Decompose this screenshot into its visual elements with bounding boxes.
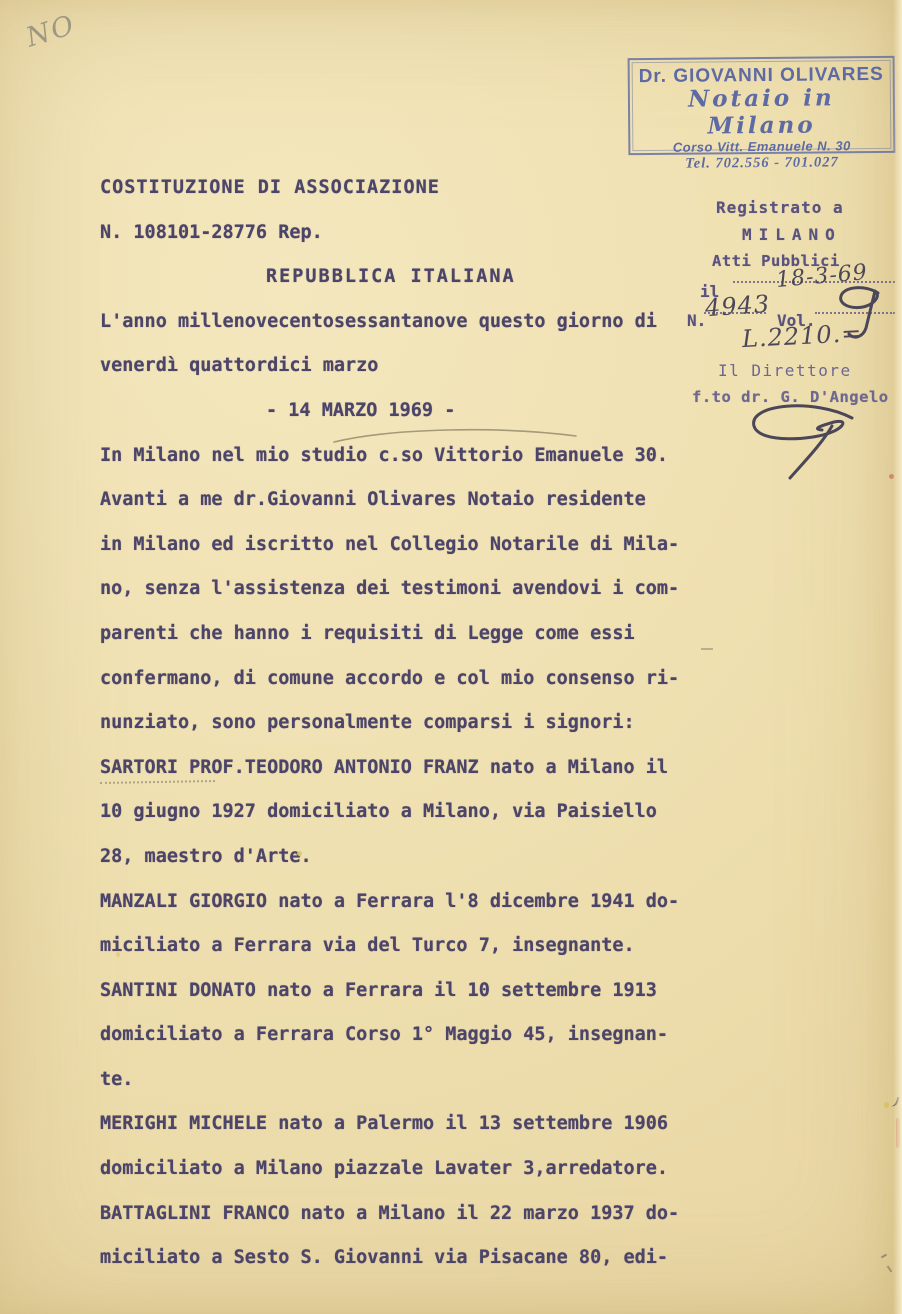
text-line: domiciliato a Milano piazzale Lavater 3,…: [100, 1147, 700, 1192]
text-line: BATTAGLINI FRANCO nato a Milano il 22 ma…: [100, 1192, 700, 1237]
text-line: domiciliato a Ferrara Corso 1° Maggio 45…: [100, 1013, 700, 1058]
text-line: no, senza l'assistenza dei testimoni ave…: [100, 567, 700, 612]
yellow-speck-artifact: [884, 1102, 889, 1108]
handwritten-registration-number: 4943: [704, 290, 771, 322]
notary-stamp: Dr. GIOVANNI OLIVARES Notaio in Milano C…: [628, 56, 896, 155]
ink-dash-artifact: [701, 648, 713, 650]
red-speck-artifact: [889, 474, 894, 479]
text-line: miciliato a Ferrara via del Turco 7, ins…: [100, 924, 700, 969]
text-line: confermano, di comune accordo e col mio …: [100, 657, 700, 702]
pen-arc-mark: [330, 428, 580, 446]
date-line: - 14 MARZO 1969 -: [100, 389, 700, 434]
text-line: Avanti a me dr.Giovanni Olivares Notaio …: [100, 478, 700, 523]
repertorio-line: N. 108101-28776 Rep.: [100, 211, 700, 256]
notary-stamp-address: Corso Vitt. Emanuele N. 30: [630, 138, 893, 155]
ink-mark-artifact: [889, 1095, 899, 1108]
red-streak-artifact: [896, 1118, 900, 1148]
notary-stamp-title: Notaio in Milano: [630, 84, 893, 140]
text-line: venerdì quattordici marzo: [100, 344, 700, 389]
text-line: parenti che hanno i requisiti di Legge c…: [100, 612, 700, 657]
director-label: Il Direttore: [718, 361, 852, 380]
republic-heading: REPUBBLICA ITALIANA: [100, 255, 700, 300]
registration-number-dotted-line: [704, 312, 766, 314]
text-line: SARTORI PROF.TEODORO ANTONIO FRANZ nato …: [100, 746, 700, 791]
text-line: MANZALI GIORGIO nato a Ferrara l'8 dicem…: [100, 880, 700, 925]
text-line: MERIGHI MICHELE nato a Palermo il 13 set…: [100, 1102, 700, 1147]
text-line: 28, maestro d'Arte.: [100, 835, 700, 880]
registration-stamp-line1: Registrato a: [716, 198, 844, 217]
signature-flourish-icon: [728, 402, 868, 480]
text-line: miciliato a Sesto S. Giovanni via Pisaca…: [100, 1236, 700, 1281]
doc-title-line: COSTITUZIONE DI ASSOCIAZIONE: [100, 166, 700, 211]
typewritten-body: COSTITUZIONE DI ASSOCIAZIONE N. 108101-2…: [100, 166, 700, 1281]
pencil-page-mark: NO: [23, 9, 80, 53]
text-line: nunziato, sono personalmente comparsi i …: [100, 701, 700, 746]
text-line: 10 giugno 1927 domiciliato a Milano, via…: [100, 790, 700, 835]
scanned-document-page: NO Dr. GIOVANNI OLIVARES Notaio in Milan…: [0, 0, 902, 1314]
text-line: SANTINI DONATO nato a Ferrara il 10 sett…: [100, 969, 700, 1014]
registration-stamp-city: MILANO: [742, 225, 842, 244]
ink-tick-artifact: [881, 1254, 887, 1259]
ink-tick-artifact: [887, 1266, 893, 1273]
text-line: L'anno millenovecentosessantanove questo…: [100, 300, 700, 345]
text-line: te.: [100, 1058, 700, 1103]
text-line: in Milano ed iscritto nel Collegio Notar…: [100, 523, 700, 568]
